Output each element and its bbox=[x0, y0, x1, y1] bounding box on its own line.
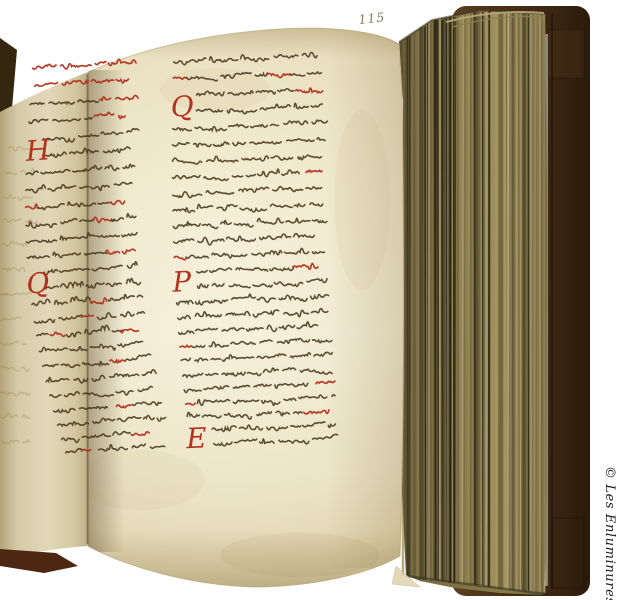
folio-number: 115 bbox=[358, 9, 386, 27]
page-texture bbox=[75, 20, 410, 590]
stain bbox=[220, 533, 380, 577]
book-photo: HQ QPE 115 bbox=[0, 0, 626, 600]
cover-sliver-bottom bbox=[0, 549, 78, 573]
fore-edge-shading bbox=[396, 6, 550, 598]
right-margin-shade bbox=[326, 28, 406, 568]
book: HQ QPE 115 bbox=[0, 6, 590, 598]
stain bbox=[334, 110, 390, 290]
leather-turn-in-top bbox=[548, 30, 584, 78]
illuminated-initial: H bbox=[24, 133, 52, 168]
stain bbox=[75, 450, 205, 510]
illuminated-initial: Q bbox=[170, 89, 194, 123]
illuminated-initial: Q bbox=[25, 266, 50, 301]
illuminated-initial: P bbox=[171, 265, 193, 299]
credit-line: © Les Enluminures bbox=[602, 466, 617, 600]
script-line bbox=[0, 392, 4, 393]
illuminated-initial: E bbox=[184, 421, 207, 455]
photo-stage: HQ QPE 115 © Les Enluminures bbox=[0, 0, 626, 600]
